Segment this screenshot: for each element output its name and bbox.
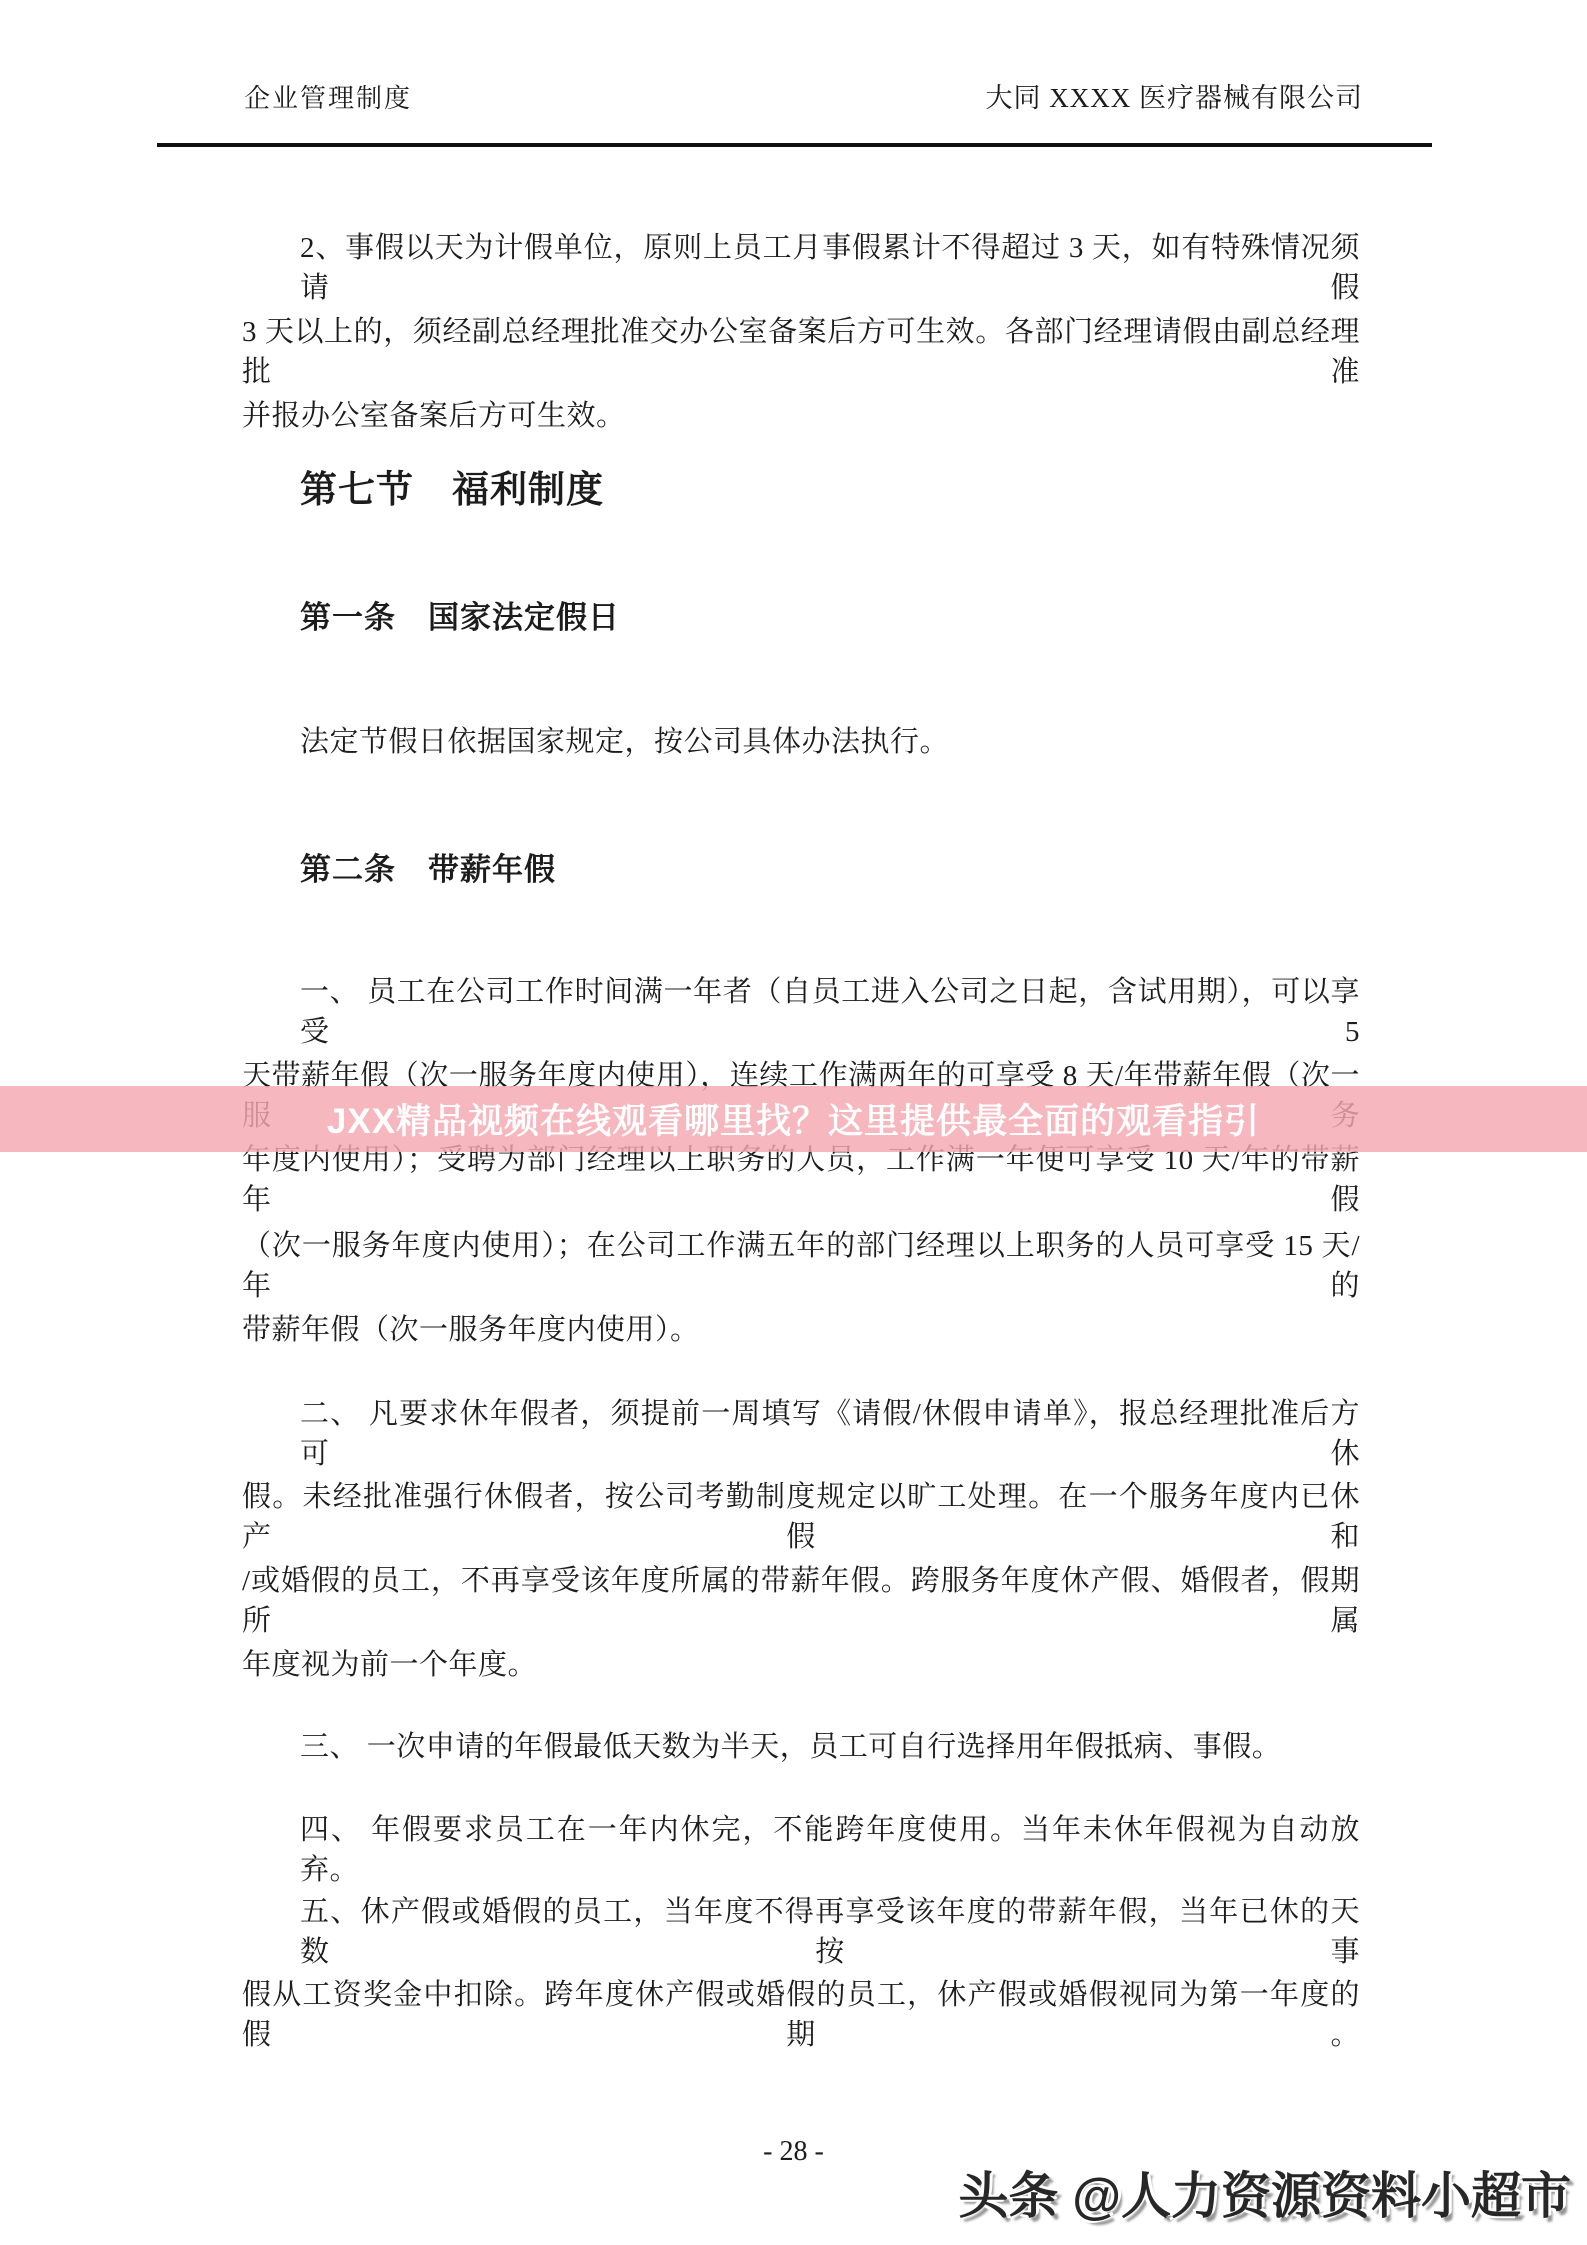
body-line: 年度内使用）；受聘为部门经理以上职务的人员，工作满一年便可享受 10 天/年的带…	[242, 1140, 1360, 1220]
body-line: 二、 凡要求休年假者，须提前一周填写《请假/休假申请单》，报总经理批准后方可休	[242, 1394, 1360, 1474]
body-line: 假从工资奖金中扣除。跨年度休产假或婚假的员工，休产假或婚假视同为第一年度的假期。	[242, 1975, 1360, 2055]
header-doc-title: 企业管理制度	[244, 78, 412, 115]
body-line: 年度视为前一个年度。	[242, 1645, 1360, 1685]
toutiao-watermark: 头条 @人力资源资料小超市	[958, 2156, 1571, 2228]
body-line: 假。未经批准强行休假者，按公司考勤制度规定以旷工处理。在一个服务年度内已休产假和	[242, 1477, 1360, 1557]
body-line: 并报办公室备案后方可生效。	[242, 396, 1360, 436]
section-heading: 第七节 福利制度	[242, 468, 1360, 514]
header-rule	[157, 143, 1432, 147]
body-line: 三、 一次申请的年假最低天数为半天，员工可自行选择用年假抵病、事假。	[242, 1727, 1360, 1767]
body-line: （次一服务年度内使用）；在公司工作满五年的部门经理以上职务的人员可享受 15 天…	[242, 1226, 1360, 1306]
body-line: 四、 年假要求员工在一年内休完，不能跨年度使用。当年未休年假视为自动放弃。	[242, 1810, 1360, 1890]
body-line: 2、事假以天为计假单位，原则上员工月事假累计不得超过 3 天，如有特殊情况须请假	[242, 228, 1360, 308]
document-page: 企业管理制度 大同 XXXX 医疗器械有限公司 2、事假以天为计假单位，原则上员…	[0, 0, 1587, 2245]
body-line: /或婚假的员工，不再享受该年度所属的带薪年假。跨服务年度休产假、婚假者，假期所属	[242, 1561, 1360, 1641]
article-heading: 第一条 国家法定假日	[242, 598, 1360, 638]
overlay-ad-banner: JXX精品视频在线观看哪里找？这里提供最全面的观看指引	[0, 1086, 1587, 1152]
body-line: 法定节假日依据国家规定，按公司具体办法执行。	[242, 722, 1360, 762]
overlay-ad-banner-text: JXX精品视频在线观看哪里找？这里提供最全面的观看指引	[327, 1094, 1260, 1144]
body-line: 五、休产假或婚假的员工，当年度不得再享受该年度的带薪年假，当年已休的天数按事	[242, 1892, 1360, 1972]
body-line: 带薪年假（次一服务年度内使用）。	[242, 1310, 1360, 1350]
header-company-name: 大同 XXXX 医疗器械有限公司	[986, 76, 1364, 115]
body-line: 3 天以上的，须经副总经理批准交办公室备案后方可生效。各部门经理请假由副总经理批…	[242, 312, 1360, 392]
article-heading: 第二条 带薪年假	[242, 850, 1360, 890]
body-line: 一、 员工在公司工作时间满一年者（自员工进入公司之日起，含试用期），可以享受 5	[242, 972, 1360, 1052]
